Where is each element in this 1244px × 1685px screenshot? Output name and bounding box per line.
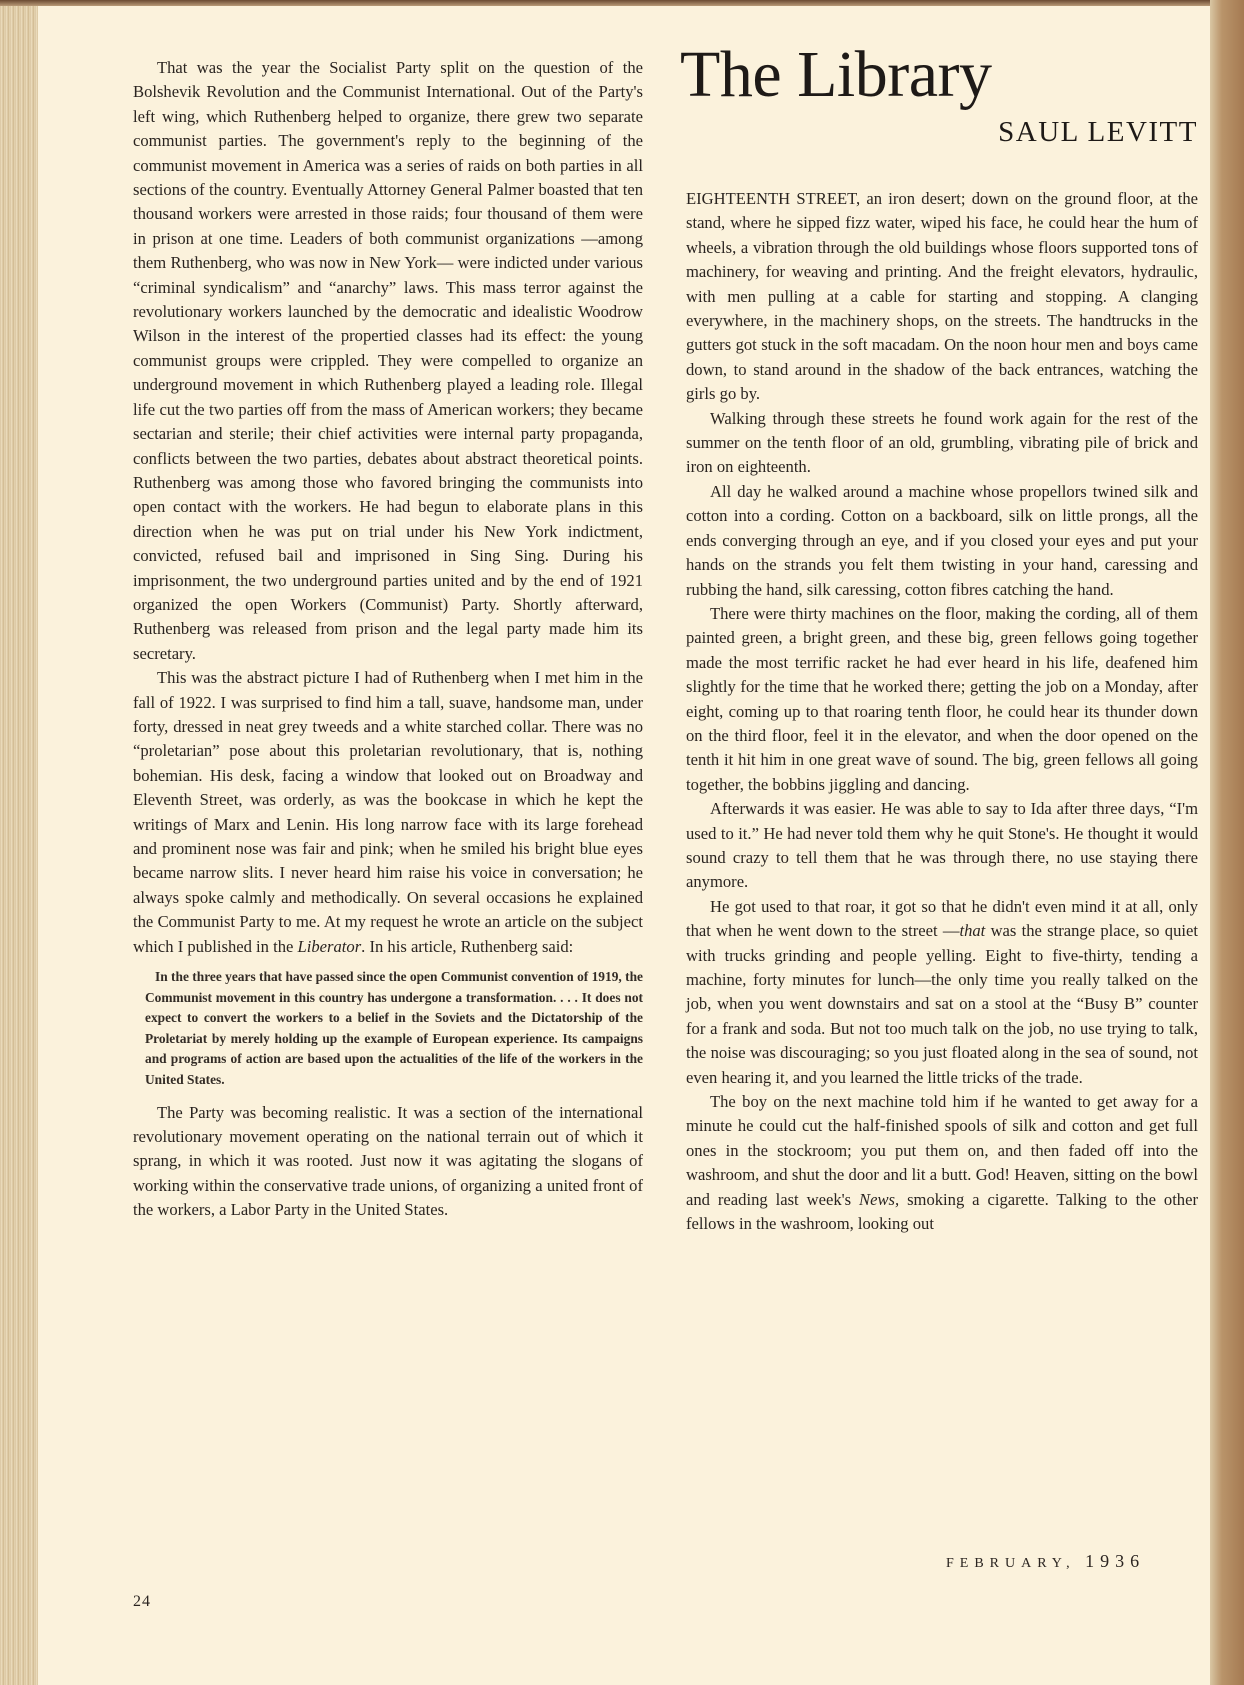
paragraph: He got used to that roar, it got so that… — [686, 895, 1198, 1090]
right-column: The Library SAUL LEVITT EIGHTEENTH STREE… — [686, 40, 1198, 1236]
paragraph: Walking through these streets he found w… — [686, 407, 1198, 480]
paragraph: This was the abstract picture I had of R… — [133, 666, 643, 959]
publication-title: Liberator — [298, 937, 362, 956]
book-page-edges — [0, 6, 39, 1685]
paragraph: There were thirty machines on the floor,… — [686, 602, 1198, 797]
paragraph: Afterwards it was easier. He was able to… — [686, 797, 1198, 895]
article-title: The Library — [680, 40, 1198, 110]
block-quote: In the three years that have passed sinc… — [133, 967, 643, 1091]
book-cover-edge — [1210, 0, 1244, 1685]
page-number: 24 — [133, 1593, 151, 1611]
issue-year: 1936 — [1085, 1551, 1145, 1571]
story-body: EIGHTEENTH STREET, an iron desert; down … — [686, 187, 1198, 1236]
paragraph: That was the year the Socialist Party sp… — [133, 56, 643, 666]
paragraph: The boy on the next machine told him if … — [686, 1090, 1198, 1236]
paragraph: The Party was becoming realistic. It was… — [133, 1101, 643, 1223]
article-author: SAUL LEVITT — [686, 116, 1198, 149]
running-footer: FEBRUARY, 1936 — [946, 1551, 1145, 1572]
paragraph: EIGHTEENTH STREET, an iron desert; down … — [686, 187, 1198, 407]
publication-title: News, — [859, 1190, 899, 1209]
left-column: That was the year the Socialist Party sp… — [133, 56, 643, 1223]
paragraph: All day he walked around a machine whose… — [686, 480, 1198, 602]
